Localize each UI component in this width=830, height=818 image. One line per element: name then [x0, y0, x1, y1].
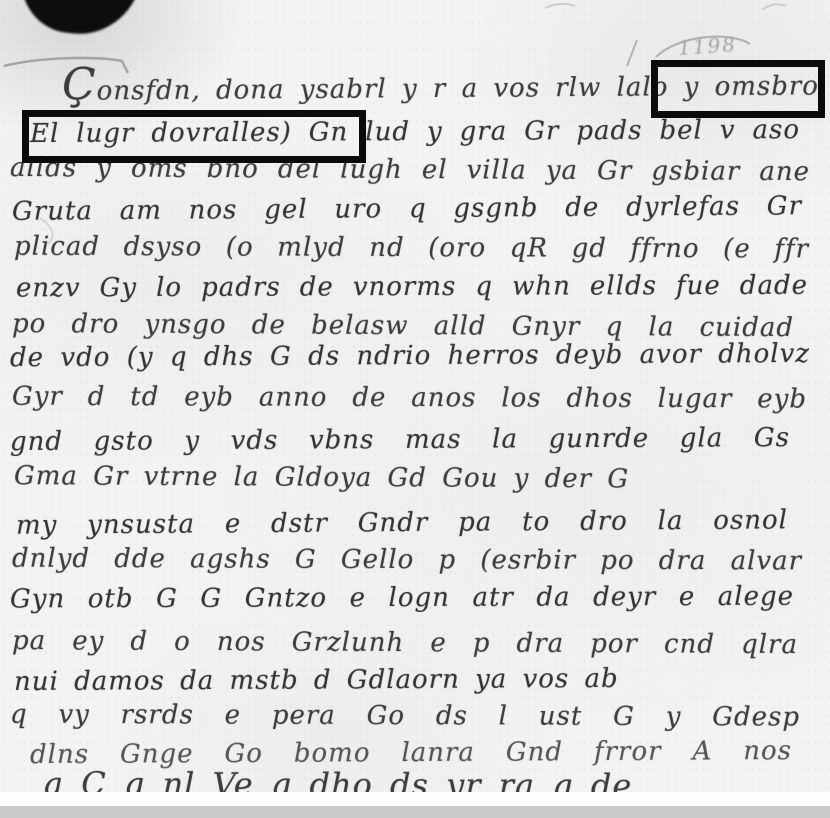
manuscript-line: Gyn otb G G Gntzo e logn atr da deyr e a…	[10, 582, 794, 615]
manuscript-line: my ynsusta e dstr Gndr pa to dro la osno…	[16, 505, 788, 540]
manuscript-line: plicad dsyso (o mlyd nd (oro qR gd ffrno…	[14, 232, 809, 265]
manuscript-line: de vdo (y q dhs G ds ndrio herros deyb a…	[10, 339, 810, 373]
manuscript-line: q vy rsrds e pera Go ds l ust G y Gdesp	[10, 700, 800, 733]
manuscript-line: gnd gsto y vds vbns mas la gunrde gla Gs	[10, 423, 790, 457]
manuscript-line: Gruta am nos gel uro q gsgnb de dyrlefas…	[12, 191, 802, 227]
folio-number: 1198	[677, 32, 737, 60]
manuscript-line: enzv Gy lo padrs de vnorms q whn ellds f…	[16, 271, 808, 304]
scan-edge-white-strip	[0, 792, 830, 806]
manuscript-line: po dro ynsgo de belasw alld Gnyr q la cu…	[12, 309, 794, 343]
highlight-box-top-right	[651, 60, 825, 118]
manuscript-scan: 1198 Çonsfdn, dona ysabrl y r a vos rlw …	[0, 0, 830, 818]
bottom-gray-bar	[0, 806, 830, 818]
manuscript-line: Gyr d td eyb anno de anos los dhos lugar…	[12, 382, 807, 415]
manuscript-line: dnlyd dde agshs G Gello p (esrbir po dra…	[12, 544, 802, 577]
manuscript-line: pa ey d o nos Grzlunh e p dra por cnd ql…	[12, 626, 798, 660]
manuscript-line: Gma Gr vtrne la Gldoya Gd Gou y der G	[14, 461, 754, 495]
highlight-box-left	[22, 110, 366, 163]
manuscript-line: nui damos da mstb d Gdlaorn ya vos ab	[14, 663, 778, 697]
